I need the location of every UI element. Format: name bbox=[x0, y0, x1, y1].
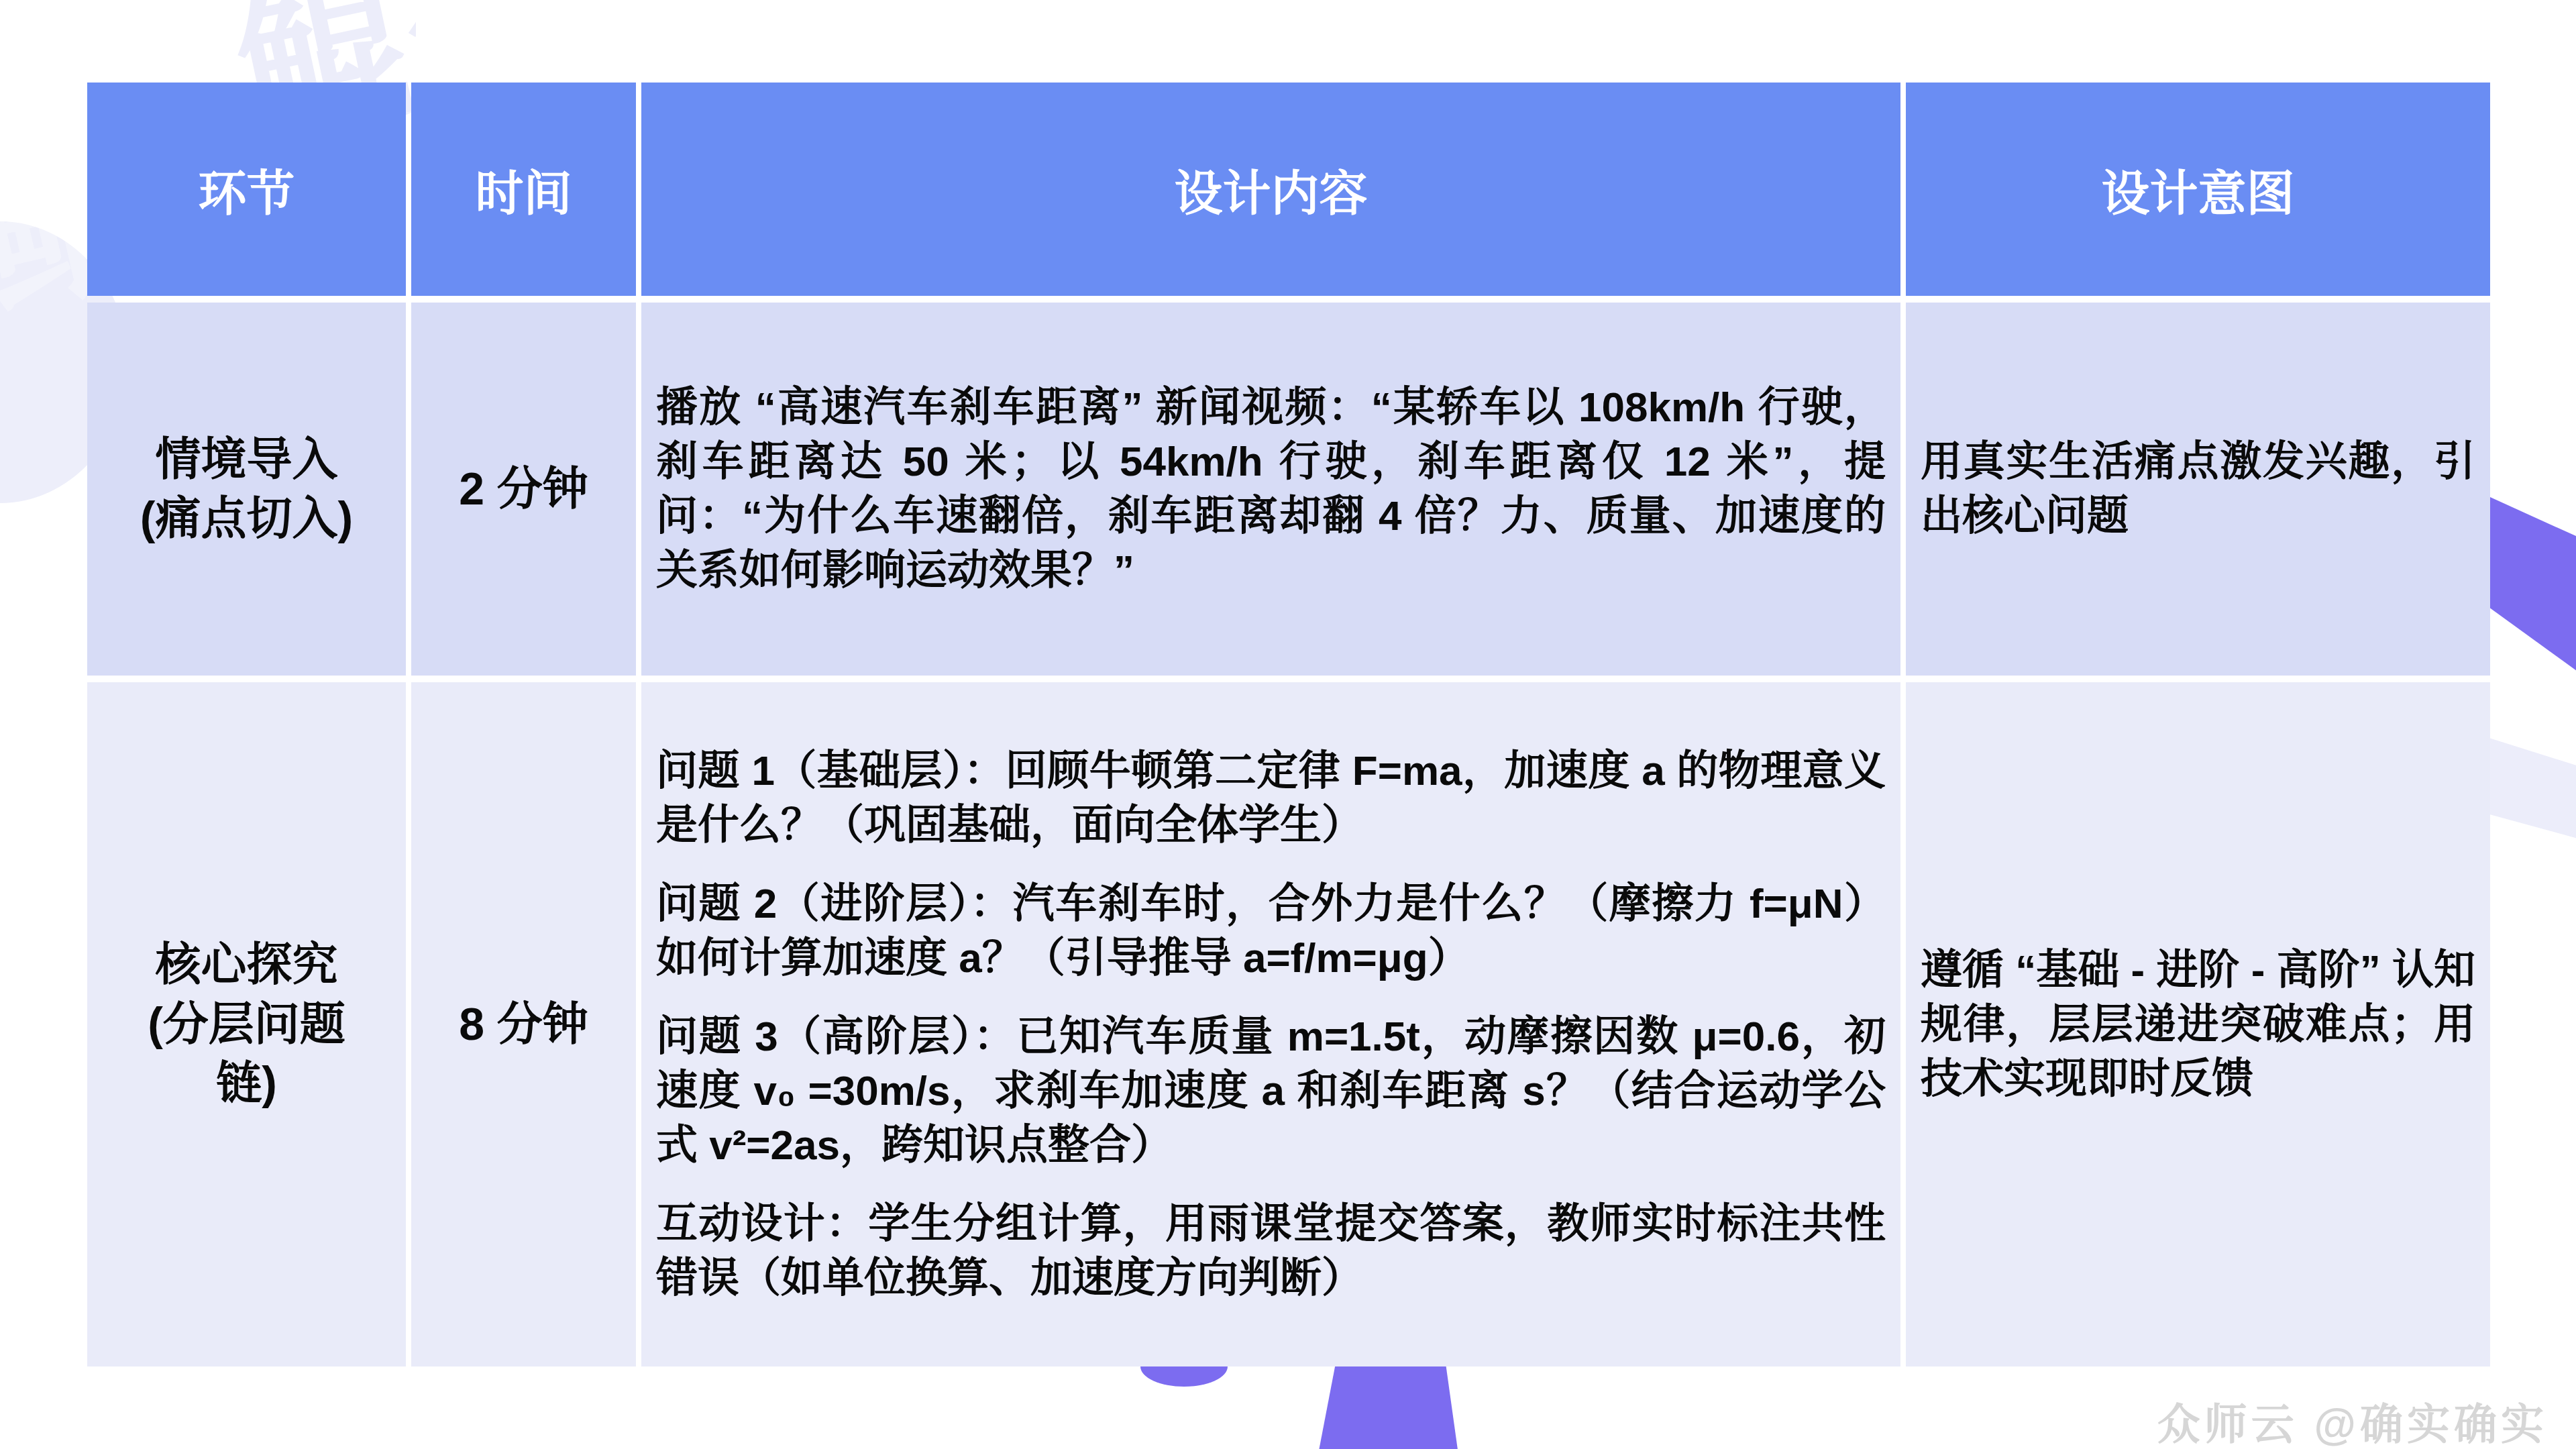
cell-time-row2: 8 分钟 bbox=[411, 682, 636, 1366]
column-header-phase: 环节 bbox=[87, 83, 406, 296]
cell-time-row1: 2 分钟 bbox=[411, 303, 636, 676]
lesson-plan-table: 环节 时间 设计内容 设计意图 情境导入 (痛点切入) 2 分钟 播放 “高速汽… bbox=[87, 83, 2490, 1366]
slide-canvas: { "watermark": { "text": "鲲鱼动漫" }, "cred… bbox=[0, 0, 2576, 1449]
cell-phase-row1: 情境导入 (痛点切入) bbox=[87, 303, 406, 676]
purple-band-decoration bbox=[1315, 1366, 1459, 1449]
credit-text: 众师云 @确实确实 bbox=[2157, 1390, 2548, 1449]
content-text-row2: 问题 1（基础层）：回顾牛顿第二定律 F=ma，加速度 a 的物理意义是什么？（… bbox=[656, 744, 1886, 1305]
cell-content-row2: 问题 1（基础层）：回顾牛顿第二定律 F=ma，加速度 a 的物理意义是什么？（… bbox=[641, 682, 1900, 1366]
column-header-content: 设计内容 bbox=[641, 83, 1900, 296]
column-header-time: 时间 bbox=[411, 83, 636, 296]
intent-text-row2: 遵循 “基础 - 进阶 - 高阶” 认知规律，层层递进突破难点；用技术实现即时反… bbox=[1921, 943, 2475, 1106]
content-text-row1: 播放 “高速汽车刹车距离” 新闻视频：“某轿车以 108km/h 行驶，刹车距离… bbox=[656, 380, 1886, 598]
purple-dome-decoration bbox=[1140, 1366, 1228, 1387]
cell-content-row1: 播放 “高速汽车刹车距离” 新闻视频：“某轿车以 108km/h 行驶，刹车距离… bbox=[641, 303, 1900, 676]
column-header-intent: 设计意图 bbox=[1906, 83, 2490, 296]
lavender-ribbon-decoration bbox=[2490, 731, 2576, 849]
cell-intent-row1: 用真实生活痛点激发兴趣，引出核心问题 bbox=[1906, 303, 2490, 676]
purple-ribbon-decoration bbox=[2490, 480, 2576, 674]
cell-phase-row2: 核心探究 (分层问题 链) bbox=[87, 682, 406, 1366]
intent-text-row1: 用真实生活痛点激发兴趣，引出核心问题 bbox=[1921, 435, 2475, 543]
cell-intent-row2: 遵循 “基础 - 进阶 - 高阶” 认知规律，层层递进突破难点；用技术实现即时反… bbox=[1906, 682, 2490, 1366]
